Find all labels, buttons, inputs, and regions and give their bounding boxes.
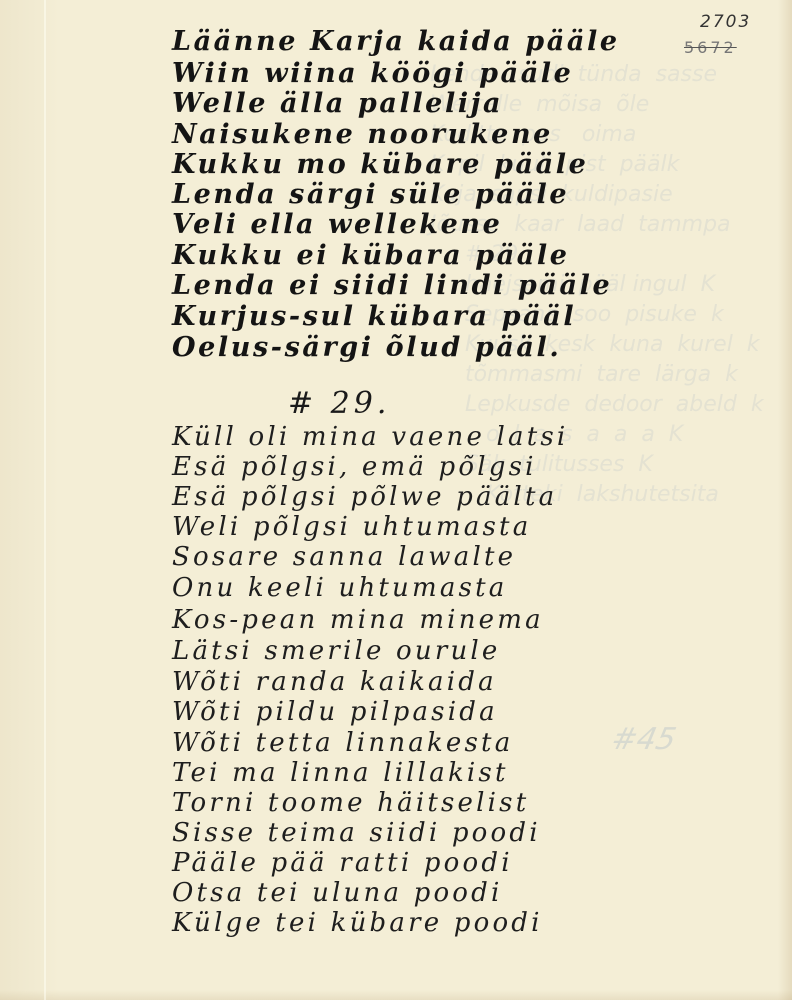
verse-line: Wõti randa kaikaida <box>172 667 497 697</box>
verse-line: Welle älla pallelija <box>172 88 503 119</box>
page-fold-line <box>44 0 46 1000</box>
verse-line: Läänne Karja kaida pääle <box>172 26 620 57</box>
verse-line: Sosare sanna lawalte <box>172 542 516 572</box>
verse-line: Lenda särgi süle pääle <box>172 179 569 210</box>
verse-line: Veli ella wellekene <box>172 209 502 240</box>
archive-number-struck: 5672 <box>684 38 737 57</box>
song-number-heading: # 29. <box>288 386 390 421</box>
archive-number: 2703 <box>700 12 751 32</box>
verse-line: Naisukene noorukene <box>172 119 553 150</box>
verse-line: Oelus-särgi õlud pääl. <box>172 332 561 363</box>
verse-line: Kukku mo kübare pääle <box>172 149 588 180</box>
verse-line: Wõti tetta linnakesta <box>172 728 513 758</box>
verse-line: Wõti pildu pilpasida <box>172 697 498 727</box>
verse-line: Sisse teima siidi poodi <box>172 818 541 848</box>
verse-line: Esä põlgsi, emä põlgsi <box>172 452 537 482</box>
verse-line: Otsa tei uluna poodi <box>172 878 503 908</box>
verse-line: Kukku ei kübara pääle <box>172 240 570 271</box>
verse-line: Kos-pean mina minema <box>172 605 544 635</box>
verse-line: Esä põlgsi põlwe päälta <box>172 482 557 512</box>
verse-line: Lätsi smerile ourule <box>172 636 501 666</box>
verse-line: Onu keeli uhtumasta <box>172 573 507 603</box>
bleed-through-number: #45 <box>608 722 679 757</box>
verse-line: Wiin wiina köögi pääle <box>172 58 573 89</box>
verse-line: Pääle pää ratti poodi <box>172 848 513 878</box>
verse-line: Torni toome häitselist <box>172 788 529 818</box>
verse-line: Weli põlgsi uhtumasta <box>172 512 531 542</box>
manuscript-page: Lenda sudi tünda sasse Wertalle mõisa õl… <box>0 0 792 1000</box>
verse-line: Tei ma linna lillakist <box>172 758 509 788</box>
verse-line: Külge tei kübare poodi <box>172 908 543 938</box>
verse-line: Kurjus-sul kübara pääl <box>172 301 576 332</box>
verse-line: Lenda ei siidi lindi pääle <box>172 270 612 301</box>
verse-line: Küll oli mina vaene latsi <box>172 422 568 452</box>
